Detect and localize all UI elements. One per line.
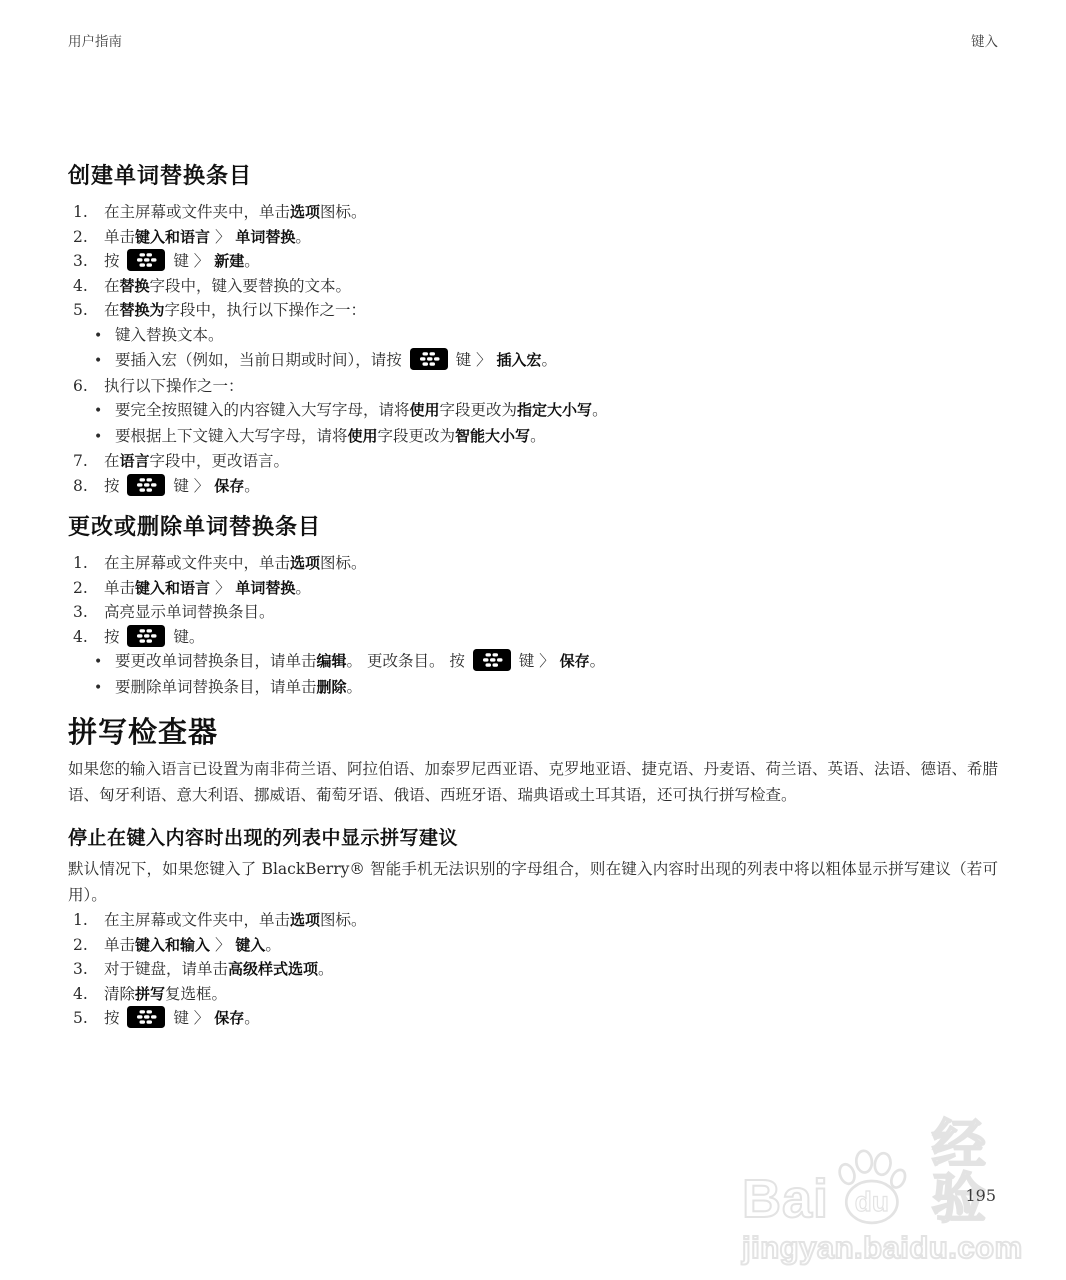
text-run: 在主屏幕或文件夹中，单击 (104, 554, 290, 572)
step-text: 要插入宏（例如，当前日期或时间），请按 键 〉 插入宏。 (115, 348, 998, 373)
step-text: 要删除单词替换条目，请单击删除。 (115, 675, 998, 700)
text-run: 要更改单词替换条目，请单击 (115, 652, 317, 670)
blackberry-key-icon (473, 649, 511, 671)
step-item: 6.执行以下操作之一： (68, 374, 998, 399)
step-text: 要更改单词替换条目，请单击编辑。 更改条目。 按 键 〉 保存。 (115, 649, 998, 674)
step-item: 4.在替换字段中，键入要替换的文本。 (68, 274, 998, 299)
text-run: 键 〉 (168, 477, 214, 495)
step-number: 4. (68, 982, 104, 1007)
blackberry-key-icon (127, 625, 165, 647)
text-run: 键 〉 (514, 652, 560, 670)
text-run: 单击 (104, 579, 135, 597)
text-run: 键入替换文本。 (115, 326, 224, 344)
text-run: 清除 (104, 985, 135, 1003)
text-run: 对于键盘，请单击 (104, 960, 228, 978)
step-item: 5.在替换为字段中，执行以下操作之一： (68, 298, 998, 323)
step-text: 按 键。 (104, 625, 998, 650)
bold-term: 键入 (235, 936, 265, 954)
bold-term: 保存 (560, 652, 590, 670)
text-run: 。 (592, 401, 608, 419)
text-run: 键 〉 (168, 1009, 214, 1027)
step-number: 3. (68, 600, 104, 625)
step-item: 4.清除拼写复选框。 (68, 982, 998, 1007)
bold-term: 保存 (214, 1009, 244, 1027)
text-run: 高亮显示单词替换条目。 (104, 603, 275, 621)
bullet-dot: • (68, 399, 115, 424)
step-item: 1.在主屏幕或文件夹中，单击选项图标。 (68, 908, 998, 933)
bold-term: 语言 (120, 452, 150, 470)
bullet-dot: • (68, 676, 115, 701)
text-run: 按 (104, 1009, 124, 1027)
step-text: 在替换字段中，键入要替换的文本。 (104, 274, 998, 299)
text-run: 在 (104, 277, 120, 295)
step-number: 2. (68, 225, 104, 250)
step-number: 3. (68, 957, 104, 982)
bullet-dot: • (68, 425, 115, 450)
step-text: 在主屏幕或文件夹中，单击选项图标。 (104, 551, 998, 576)
step-text: 在主屏幕或文件夹中，单击选项图标。 (104, 200, 998, 225)
text-run: 键 〉 (168, 252, 214, 270)
step-text: 在替换为字段中，执行以下操作之一： (104, 298, 998, 323)
watermark-url: jingyan.baidu.com (742, 1232, 1010, 1263)
text-run: 。 (347, 678, 363, 696)
step-number: 7. (68, 449, 104, 474)
text-run: 图标。 (320, 554, 367, 572)
bold-term: 高级样式选项 (228, 960, 318, 978)
step-text: 执行以下操作之一： (104, 374, 998, 399)
step-item: 1.在主屏幕或文件夹中，单击选项图标。 (68, 551, 998, 576)
step-number: 2. (68, 576, 104, 601)
section-heading: 创建单词替换条目 (68, 163, 998, 191)
step-item: 5.按 键 〉 保存。 (68, 1006, 998, 1031)
step-list: 1.在主屏幕或文件夹中，单击选项图标。2.单击键入和语言 〉 单词替换。3.按 … (68, 200, 998, 498)
step-number: 4. (68, 625, 104, 650)
step-number: 5. (68, 1006, 104, 1031)
step-item: 3.对于键盘，请单击高级样式选项。 (68, 957, 998, 982)
text-run: 〉 (210, 228, 235, 246)
step-text: 清除拼写复选框。 (104, 982, 998, 1007)
paragraph: 默认情况下，如果您键入了 BlackBerry® 智能手机无法识别的字母组合，则… (68, 856, 998, 908)
step-text: 按 键 〉 新建。 (104, 249, 998, 274)
bold-term: 保存 (214, 477, 244, 495)
text-run: 。 (265, 936, 281, 954)
bullet-item: •要更改单词替换条目，请单击编辑。 更改条目。 按 键 〉 保存。 (68, 649, 998, 675)
text-run: 按 (104, 628, 124, 646)
text-run: 在主屏幕或文件夹中，单击 (104, 203, 290, 221)
bold-term: 键入和输入 (135, 936, 210, 954)
section-heading: 停止在键入内容时出现的列表中显示拼写建议 (68, 826, 998, 850)
step-number: 6. (68, 374, 104, 399)
step-text: 按 键 〉 保存。 (104, 1006, 998, 1031)
step-text: 高亮显示单词替换条目。 (104, 600, 998, 625)
step-item: 2.单击键入和语言 〉 单词替换。 (68, 576, 998, 601)
bullet-dot: • (68, 324, 115, 349)
text-run: 。 (541, 351, 557, 369)
blackberry-key-icon (410, 348, 448, 370)
text-run: 单击 (104, 228, 135, 246)
text-run: 图标。 (320, 911, 367, 929)
bullet-dot: • (68, 349, 115, 374)
text-run: 。 (244, 252, 260, 270)
watermark-text-bai: Bai (742, 1172, 829, 1226)
bold-term: 智能大小写 (455, 427, 530, 445)
text-run: 在 (104, 301, 120, 319)
paragraph: 如果您的输入语言已设置为南非荷兰语、阿拉伯语、加泰罗尼西亚语、克罗地亚语、捷克语… (68, 756, 998, 808)
watermark-logo-line: Bai du 经验 (742, 1118, 1010, 1226)
text-run: 要删除单词替换条目，请单击 (115, 678, 317, 696)
text-run: 图标。 (320, 203, 367, 221)
blackberry-key-icon (127, 1006, 165, 1028)
text-run: 要根据上下文键入大写字母，请将 (115, 427, 348, 445)
bullet-item: •要删除单词替换条目，请单击删除。 (68, 675, 998, 701)
text-run: 〉 (210, 579, 235, 597)
header-guide-title: 用户指南 (68, 34, 122, 51)
document-page: { "header": { "left": "用户指南", "right": "… (0, 0, 1066, 1280)
bold-term: 编辑 (317, 652, 347, 670)
step-text: 键入替换文本。 (115, 323, 998, 348)
watermark-text-du: du (855, 1186, 889, 1217)
text-run: 字段更改为 (440, 401, 518, 419)
step-text: 单击键入和输入 〉 键入。 (104, 933, 998, 958)
page-number: 195 (965, 1186, 996, 1205)
text-run: 。 (530, 427, 546, 445)
text-run: 字段中，更改语言。 (150, 452, 290, 470)
step-text: 在语言字段中，更改语言。 (104, 449, 998, 474)
step-text: 单击键入和语言 〉 单词替换。 (104, 576, 998, 601)
text-run: 按 (104, 252, 124, 270)
step-text: 在主屏幕或文件夹中，单击选项图标。 (104, 908, 998, 933)
bold-term: 新建 (214, 252, 244, 270)
bold-term: 选项 (290, 554, 320, 572)
bold-term: 指定大小写 (517, 401, 592, 419)
document-body: 创建单词替换条目1.在主屏幕或文件夹中，单击选项图标。2.单击键入和语言 〉 单… (0, 163, 1066, 1031)
bullet-item: •键入替换文本。 (68, 323, 998, 349)
text-run: 。 (244, 1009, 260, 1027)
step-list: 1.在主屏幕或文件夹中，单击选项图标。2.单击键入和语言 〉 单词替换。3.高亮… (68, 551, 998, 700)
bullet-item: •要插入宏（例如，当前日期或时间），请按 键 〉 插入宏。 (68, 348, 998, 374)
text-run: 字段中，键入要替换的文本。 (150, 277, 352, 295)
step-item: 8.按 键 〉 保存。 (68, 474, 998, 499)
blackberry-key-icon (127, 249, 165, 271)
bullet-dot: • (68, 650, 115, 675)
text-run: 〉 (210, 936, 235, 954)
text-run: 单击 (104, 936, 135, 954)
text-run: 。 更改条目。 按 (347, 652, 470, 670)
text-run: 要完全按照键入的内容键入大写字母，请将 (115, 401, 410, 419)
step-number: 1. (68, 200, 104, 225)
text-run: 。 (295, 579, 311, 597)
bold-term: 选项 (290, 203, 320, 221)
watermark-text-jingyan: 经验 (909, 1118, 1010, 1226)
text-run: 在 (104, 452, 120, 470)
text-run: 在主屏幕或文件夹中，单击 (104, 911, 290, 929)
text-run: 键。 (168, 628, 204, 646)
step-number: 8. (68, 474, 104, 499)
text-run: 执行以下操作之一： (104, 377, 244, 395)
step-item: 7.在语言字段中，更改语言。 (68, 449, 998, 474)
step-text: 单击键入和语言 〉 单词替换。 (104, 225, 998, 250)
step-text: 要完全按照键入的内容键入大写字母，请将使用字段更改为指定大小写。 (115, 398, 998, 423)
bold-term: 插入宏 (496, 351, 541, 369)
bold-term: 选项 (290, 911, 320, 929)
step-item: 1.在主屏幕或文件夹中，单击选项图标。 (68, 200, 998, 225)
bold-term: 替换为 (120, 301, 165, 319)
step-text: 要根据上下文键入大写字母，请将使用字段更改为智能大小写。 (115, 424, 998, 449)
step-list: 1.在主屏幕或文件夹中，单击选项图标。2.单击键入和输入 〉 键入。3.对于键盘… (68, 908, 998, 1031)
header-chapter-title: 键入 (971, 34, 998, 51)
step-number: 3. (68, 249, 104, 274)
bold-term: 键入和语言 (135, 579, 210, 597)
bold-term: 键入和语言 (135, 228, 210, 246)
bold-term: 替换 (120, 277, 150, 295)
bullet-item: •要根据上下文键入大写字母，请将使用字段更改为智能大小写。 (68, 424, 998, 450)
bold-term: 删除 (317, 678, 347, 696)
text-run: 。 (318, 960, 334, 978)
text-run: 。 (244, 477, 260, 495)
step-item: 2.单击键入和语言 〉 单词替换。 (68, 225, 998, 250)
step-item: 3.按 键 〉 新建。 (68, 249, 998, 274)
text-run: 按 (104, 477, 124, 495)
text-run: 复选框。 (165, 985, 227, 1003)
baidu-paw-icon: du (830, 1146, 907, 1230)
bold-term: 使用 (410, 401, 440, 419)
step-item: 3.高亮显示单词替换条目。 (68, 600, 998, 625)
bold-term: 单词替换 (235, 228, 295, 246)
text-run: 。 (295, 228, 311, 246)
bold-term: 拼写 (135, 985, 165, 1003)
bold-term: 单词替换 (235, 579, 295, 597)
bullet-item: •要完全按照键入的内容键入大写字母，请将使用字段更改为指定大小写。 (68, 398, 998, 424)
step-number: 1. (68, 551, 104, 576)
bold-term: 使用 (348, 427, 378, 445)
step-item: 4.按 键。 (68, 625, 998, 650)
step-number: 2. (68, 933, 104, 958)
section-heading: 更改或删除单词替换条目 (68, 514, 998, 542)
text-run: 字段更改为 (378, 427, 456, 445)
step-number: 5. (68, 298, 104, 323)
text-run: 字段中，执行以下操作之一： (165, 301, 367, 319)
blackberry-key-icon (127, 474, 165, 496)
section-heading: 拼写检查器 (68, 714, 998, 750)
step-number: 4. (68, 274, 104, 299)
text-run: 键 〉 (451, 351, 497, 369)
text-run: 。 (590, 652, 606, 670)
step-item: 2.单击键入和输入 〉 键入。 (68, 933, 998, 958)
step-text: 对于键盘，请单击高级样式选项。 (104, 957, 998, 982)
step-number: 1. (68, 908, 104, 933)
step-text: 按 键 〉 保存。 (104, 474, 998, 499)
text-run: 要插入宏（例如，当前日期或时间），请按 (115, 351, 407, 369)
page-header: 用户指南 键入 (0, 0, 1066, 51)
